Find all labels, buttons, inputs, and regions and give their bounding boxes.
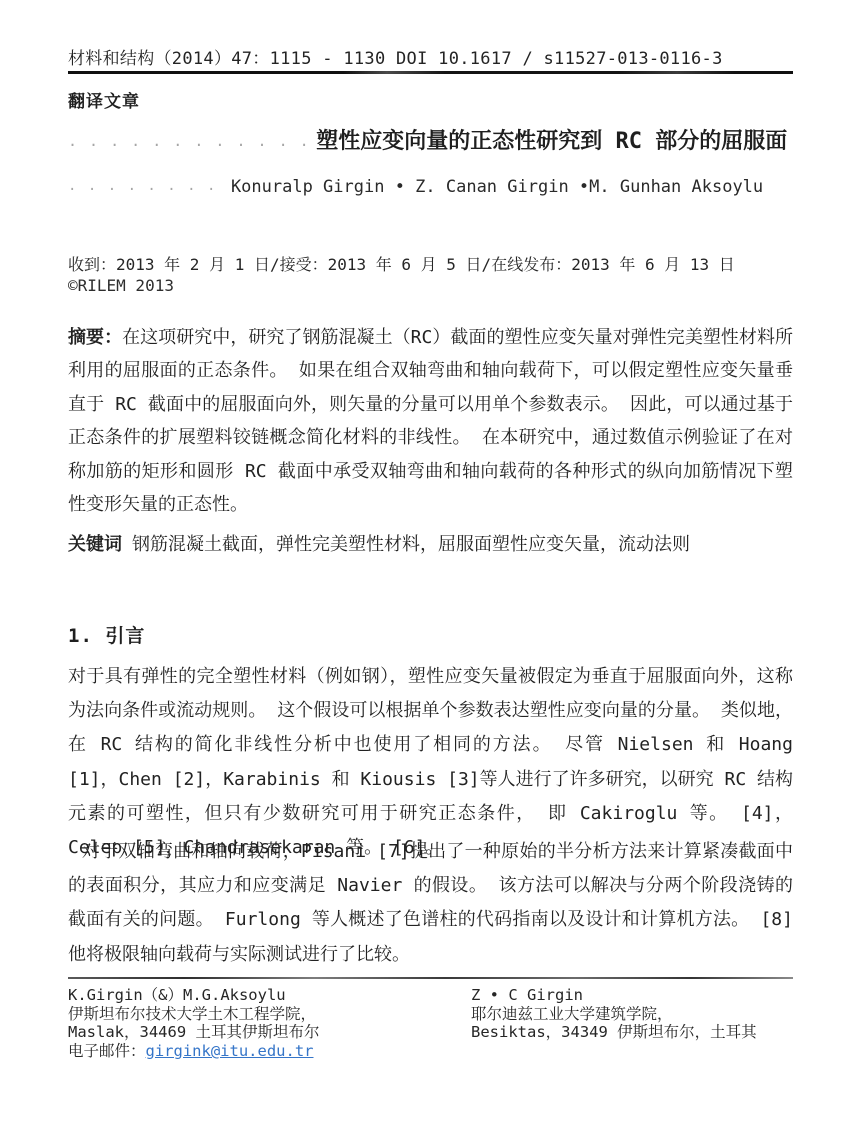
keywords-text: 钢筋混凝土截面，弹性完美塑性材料，屈服面塑性应变矢量，流动法则 xyxy=(132,534,690,555)
footnote-affiliation-line-right: 耶尔迪兹工业大学建筑学院， xyxy=(471,1005,801,1024)
email-link[interactable]: girgink@itu.edu.tr xyxy=(146,1042,314,1060)
paper-page: 材料和结构（2014）47：1115 - 1130 DOI 10.1617 / … xyxy=(0,0,851,1146)
footnote-address-line-right: Besiktas，34349 伊斯坦布尔，土耳其 xyxy=(471,1023,801,1042)
title-leader-dots: . . . . . . . . . . . . xyxy=(68,132,310,150)
footnote-divider xyxy=(68,977,793,979)
keywords-line: 关键词钢筋混凝土截面，弹性完美塑性材料，屈服面塑性应变矢量，流动法则 xyxy=(68,530,793,556)
footnote-affiliation-line: 伊斯坦布尔技术大学土木工程学院， xyxy=(68,1005,463,1024)
header-rule xyxy=(68,71,793,74)
keywords-label: 关键词 xyxy=(68,534,122,555)
footnote-author-names: K.Girgin（&）M.G.Aksoylu xyxy=(68,986,463,1005)
footnote-author-name-right: Z • C Girgin xyxy=(471,986,801,1005)
authors-leader-dots: . . . . . . . . xyxy=(68,178,217,194)
abstract-text: 在这项研究中，研究了钢筋混凝土（RC）截面的塑性应变矢量对弹性完美塑性材料所利用… xyxy=(68,327,793,515)
abstract-paragraph: 摘要：在这项研究中，研究了钢筋混凝土（RC）截面的塑性应变矢量对弹性完美塑性材料… xyxy=(68,321,793,521)
section-heading-introduction: 1. 引言 xyxy=(68,621,793,648)
footnote-right-column: Z • C Girgin 耶尔迪兹工业大学建筑学院， Besiktas，3434… xyxy=(471,986,801,1042)
copyright-line: ©RILEM 2013 xyxy=(68,276,793,295)
footnote-address-line: Maslak，34469 土耳其伊斯坦布尔 xyxy=(68,1023,463,1042)
paper-title: 塑性应变向量的正态性研究到 RC 部分的屈服面 xyxy=(316,129,787,154)
footnote-left-column: K.Girgin（&）M.G.Aksoylu 伊斯坦布尔技术大学土木工程学院， … xyxy=(68,986,463,1060)
email-label: 电子邮件： xyxy=(68,1042,146,1060)
authors-row: . . . . . . . .Konuralp Girgin • Z. Cana… xyxy=(68,177,793,197)
abstract-label: 摘要： xyxy=(68,327,122,348)
authors-names: Konuralp Girgin • Z. Canan Girgin •M. Gu… xyxy=(231,177,763,197)
intro-paragraph-2: 对于双轴弯曲和轴向载荷，Pisani [7]提出了一种原始的半分析方法来计算紧凑… xyxy=(68,835,793,972)
paper-title-row: . . . . . . . . . . . .塑性应变向量的正态性研究到 RC … xyxy=(68,124,793,155)
received-dates-line: 收到：2013 年 2 月 1 日/接受：2013 年 6 月 5 日/在线发布… xyxy=(68,252,793,275)
journal-citation-line: 材料和结构（2014）47：1115 - 1130 DOI 10.1617 / … xyxy=(68,44,793,69)
article-type-label: 翻译文章 xyxy=(68,87,793,112)
